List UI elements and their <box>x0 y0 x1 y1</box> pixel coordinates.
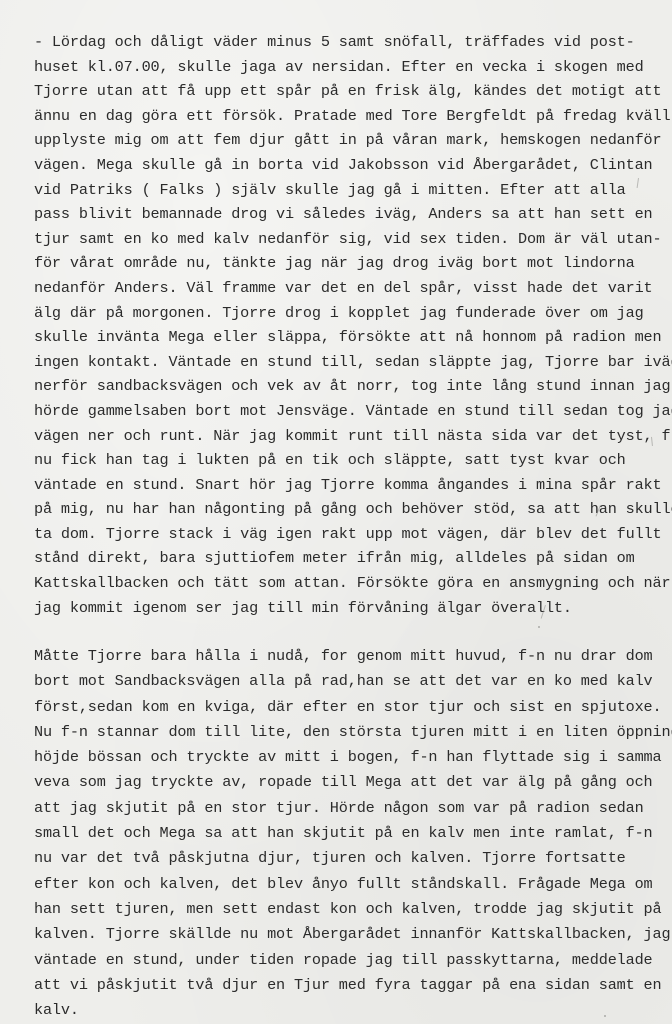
text-line: Kattskallbacken och tätt som attan. Förs… <box>34 571 672 596</box>
text-line: ingen kontakt. Väntade en stund till, se… <box>34 350 672 375</box>
text-line: att vi påskjutit två djur en Tjur med fy… <box>34 973 672 998</box>
text-line: vägen ner och runt. När jag kommit runt … <box>34 424 672 449</box>
text-line: huset kl.07.00, skulle jaga av nersidan.… <box>34 55 672 80</box>
text-line: upplyste mig om att fem djur gått in på … <box>34 128 672 153</box>
text-line: väntade en stund, under tiden ropade jag… <box>34 948 672 973</box>
text-line: nerför sandbacksvägen och vek av åt norr… <box>34 374 672 399</box>
text-line: nu var det två påskjutna djur, tjuren oc… <box>34 846 672 871</box>
text-line: vid Patriks ( Falks ) själv skulle jag g… <box>34 178 672 203</box>
text-line: höjde bössan och tryckte av mitt i bogen… <box>34 745 672 770</box>
text-line: bort mot Sandbacksvägen alla på rad,han … <box>34 669 672 694</box>
text-line: hörde gammelsaben bort mot Jensväge. Vän… <box>34 399 672 424</box>
text-line: pass blivit bemannade drog vi således iv… <box>34 202 672 227</box>
text-line: först,sedan kom en kviga, där efter en s… <box>34 695 672 720</box>
text-line: jag kommit igenom ser jag till min förvå… <box>34 596 672 621</box>
text-line: kalv. <box>34 998 672 1023</box>
text-line: veva som jag tryckte av, ropade till Meg… <box>34 770 672 795</box>
text-line: älg där på morgonen. Tjorre drog i koppl… <box>34 301 672 326</box>
text-line: Måtte Tjorre bara hålla i nudå, for geno… <box>34 644 672 669</box>
text-line: efter kon och kalven, det blev ånyo full… <box>34 872 672 897</box>
text-line: small det och Mega sa att han skjutit på… <box>34 821 672 846</box>
text-line: nedanför Anders. Väl framme var det en d… <box>34 276 672 301</box>
text-line: på mig, nu har han någonting på gång och… <box>34 497 672 522</box>
text-line: - Lördag och dåligt väder minus 5 samt s… <box>34 30 672 55</box>
scan-speck <box>538 626 540 628</box>
paragraph-2: Måtte Tjorre bara hålla i nudå, for geno… <box>34 644 672 1023</box>
text-line: skulle invänta Mega eller släppa, försök… <box>34 325 672 350</box>
text-line: Tjorre utan att få upp ett spår på en fr… <box>34 79 672 104</box>
text-line: stånd direkt, bara sjuttiofem meter ifrå… <box>34 546 672 571</box>
text-line: ännu en dag göra ett försök. Pratade med… <box>34 104 672 129</box>
text-line: för vårat område nu, tänkte jag när jag … <box>34 251 672 276</box>
text-line: kalven. Tjorre skällde nu mot Åbergaråde… <box>34 922 672 947</box>
scan-speck <box>604 1015 606 1017</box>
paragraph-1: - Lördag och dåligt väder minus 5 samt s… <box>34 30 672 620</box>
text-line: ta dom. Tjorre stack i väg igen rakt upp… <box>34 522 672 547</box>
text-line: han sett tjuren, men sett endast kon och… <box>34 897 672 922</box>
text-line: väntade en stund. Snart hör jag Tjorre k… <box>34 473 672 498</box>
text-line: att jag skjutit på en stor tjur. Hörde n… <box>34 796 672 821</box>
text-line: Nu f-n stannar dom till lite, den störst… <box>34 720 672 745</box>
scanned-page: - Lördag och dåligt väder minus 5 samt s… <box>0 0 672 1024</box>
text-line: nu fick han tag i lukten på en tik och s… <box>34 448 672 473</box>
text-line: tjur samt en ko med kalv nedanför sig, v… <box>34 227 672 252</box>
text-line: vägen. Mega skulle gå in borta vid Jakob… <box>34 153 672 178</box>
